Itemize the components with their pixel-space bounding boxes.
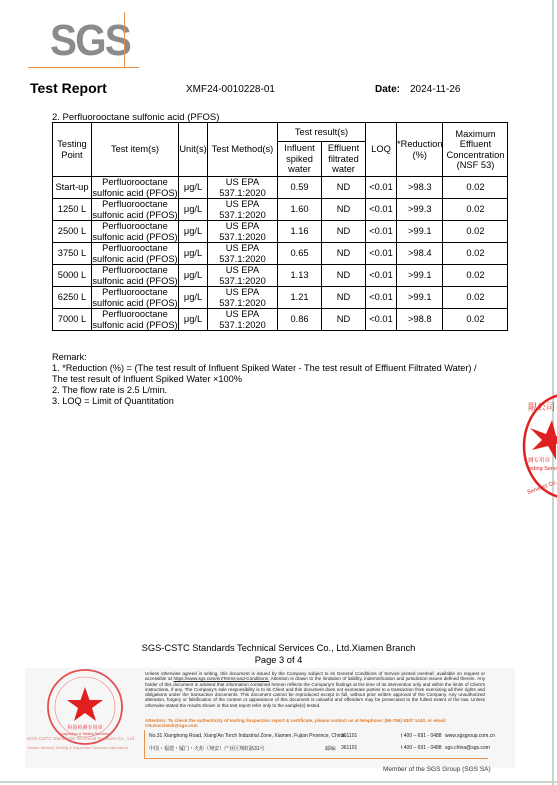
page-number: Page 3 of 4 xyxy=(0,655,557,665)
testing-point-cell: 6250 L xyxy=(53,287,92,309)
test-item-cell: Perfluorooctane sulfonic acid (PFOS) xyxy=(92,287,179,309)
test-item-cell: Perfluorooctane sulfonic acid (PFOS) xyxy=(92,177,179,199)
testing-point-cell: 3750 L xyxy=(53,243,92,265)
remark-line: The test result of Influent Spiked Water… xyxy=(52,374,477,385)
loq-cell: <0.01 xyxy=(366,177,397,199)
svg-text:Inspection & Testing Services: Inspection & Testing Services xyxy=(62,732,109,736)
unit-cell: μg/L xyxy=(179,199,208,221)
date-value: 2024-11-26 xyxy=(410,84,460,95)
max-effluent-cell: 0.02 xyxy=(443,243,508,265)
reduction-cell: >99.1 xyxy=(397,265,443,287)
unit-cell: μg/L xyxy=(179,287,208,309)
table-row: Start-upPerfluorooctane sulfonic acid (P… xyxy=(53,177,508,199)
header-test-methods: Test Method(s) xyxy=(208,123,278,177)
testing-point-cell: 1250 L xyxy=(53,199,92,221)
postcode-cn-label: 邮编: xyxy=(325,745,336,752)
table-row: 3750 LPerfluorooctane sulfonic acid (PFO… xyxy=(53,243,508,265)
test-method-cell: US EPA 537.1:2020 xyxy=(208,243,278,265)
test-method-cell: US EPA 537.1:2020 xyxy=(208,265,278,287)
reduction-cell: >98.8 xyxy=(397,309,443,331)
footer-divider xyxy=(144,758,488,759)
reduction-cell: >98.4 xyxy=(397,243,443,265)
remark-line: 3. LOQ = Limit of Quantitation xyxy=(52,396,477,407)
max-effluent-cell: 0.02 xyxy=(443,287,508,309)
effluent-value-cell: ND xyxy=(322,265,366,287)
loq-cell: <0.01 xyxy=(366,221,397,243)
testing-point-cell: 2500 L xyxy=(53,221,92,243)
company-seal-partial-icon: 限公司 测专用章 esting Servi Services Co. xyxy=(522,388,557,508)
postcode-cn: 361101 xyxy=(341,745,357,751)
terms-link[interactable]: https://www.sgs.com/en/Terms-and-Conditi… xyxy=(174,676,270,681)
postcode-en: 361101 xyxy=(341,733,357,739)
test-method-cell: US EPA 537.1:2020 xyxy=(208,287,278,309)
max-effluent-cell: 0.02 xyxy=(443,265,508,287)
influent-value-cell: 0.59 xyxy=(278,177,322,199)
reduction-cell: >98.3 xyxy=(397,177,443,199)
sgs-logo: SGS xyxy=(28,10,140,68)
header-testing-point: Testing Point xyxy=(53,123,92,177)
footer-company: SGS-CSTC Standards Technical Services Co… xyxy=(0,643,557,653)
phone-1: t 400 – 691 - 0488 xyxy=(401,733,442,739)
loq-cell: <0.01 xyxy=(366,243,397,265)
reduction-cell: >99.1 xyxy=(397,221,443,243)
effluent-value-cell: ND xyxy=(322,309,366,331)
testing-point-cell: 7000 L xyxy=(53,309,92,331)
remark-line: 1. *Reduction (%) = (The test result of … xyxy=(52,363,477,374)
test-item-cell: Perfluorooctane sulfonic acid (PFOS) xyxy=(92,265,179,287)
testing-point-cell: Start-up xyxy=(53,177,92,199)
effluent-value-cell: ND xyxy=(322,221,366,243)
reduction-cell: >99.3 xyxy=(397,199,443,221)
svg-text:检验检测专用章: 检验检测专用章 xyxy=(67,724,102,731)
address-en: No.31 Xianghong Road, Xiang'An Torch Ind… xyxy=(149,733,346,739)
influent-value-cell: 0.65 xyxy=(278,243,322,265)
logo-text: SGS xyxy=(50,16,130,66)
test-item-cell: Perfluorooctane sulfonic acid (PFOS) xyxy=(92,309,179,331)
loq-cell: <0.01 xyxy=(366,309,397,331)
stamp-caption: SGS-CSTC Standards Technical Services Co… xyxy=(27,737,135,742)
remark-line: 2. The flow rate is 2.5 L/min. xyxy=(52,385,477,396)
results-table: Testing Point Test item(s) Unit(s) Test … xyxy=(52,122,508,331)
table-row: 7000 LPerfluorooctane sulfonic acid (PFO… xyxy=(53,309,508,331)
svg-text:esting Servi: esting Servi xyxy=(528,466,557,472)
table-row: 1250 LPerfluorooctane sulfonic acid (PFO… xyxy=(53,199,508,221)
effluent-value-cell: ND xyxy=(322,287,366,309)
unit-cell: μg/L xyxy=(179,243,208,265)
test-item-cell: Perfluorooctane sulfonic acid (PFOS) xyxy=(92,199,179,221)
address-cn: 中国・福建・厦门・火炬（翔安）产业区翔虹路31号 xyxy=(149,745,265,752)
table-row: 6250 LPerfluorooctane sulfonic acid (PFO… xyxy=(53,287,508,309)
influent-value-cell: 1.21 xyxy=(278,287,322,309)
header-reduction: *Reduction (%) xyxy=(397,123,443,177)
logo-rule-vertical xyxy=(124,12,125,68)
max-effluent-cell: 0.02 xyxy=(443,309,508,331)
unit-cell: μg/L xyxy=(179,177,208,199)
unit-cell: μg/L xyxy=(179,309,208,331)
phone-2: t 400 – 691 - 0488 xyxy=(401,745,442,751)
effluent-value-cell: ND xyxy=(322,177,366,199)
report-number: XMF24-0010228-01 xyxy=(186,84,275,95)
header-test-results: Test result(s) xyxy=(278,123,366,142)
loq-cell: <0.01 xyxy=(366,265,397,287)
inspection-seal-icon: 检验检测专用章 Inspection & Testing Services xyxy=(45,667,125,747)
svg-text:测专用章: 测专用章 xyxy=(528,456,551,464)
header-max-effluent: Maximum Effluent Concentration (NSF 53) xyxy=(443,123,508,177)
test-method-cell: US EPA 537.1:2020 xyxy=(208,177,278,199)
remarks: Remark: 1. *Reduction (%) = (The test re… xyxy=(52,352,477,407)
influent-value-cell: 1.13 xyxy=(278,265,322,287)
logo-rule-horizontal xyxy=(28,67,139,68)
influent-value-cell: 1.16 xyxy=(278,221,322,243)
stamp-caption: Xiamen Branch Testing & Inspection Servi… xyxy=(27,745,128,750)
disclaimer-text: Attention is drawn to the limitation of … xyxy=(145,676,485,707)
loq-cell: <0.01 xyxy=(366,199,397,221)
effluent-value-cell: ND xyxy=(322,243,366,265)
header-loq: LOQ xyxy=(366,123,397,177)
testing-point-cell: 5000 L xyxy=(53,265,92,287)
max-effluent-cell: 0.02 xyxy=(443,221,508,243)
legal-disclaimer: Unless otherwise agreed in writing, this… xyxy=(145,671,485,708)
effluent-value-cell: ND xyxy=(322,199,366,221)
influent-value-cell: 1.60 xyxy=(278,199,322,221)
reduction-cell: >99.1 xyxy=(397,287,443,309)
unit-cell: μg/L xyxy=(179,265,208,287)
header-effluent: Effluent filtrated water xyxy=(322,142,366,177)
header-influent: Influent spiked water xyxy=(278,142,322,177)
test-item-cell: Perfluorooctane sulfonic acid (PFOS) xyxy=(92,243,179,265)
table-row: 5000 LPerfluorooctane sulfonic acid (PFO… xyxy=(53,265,508,287)
website-link[interactable]: www.sgsgroup.com.cn xyxy=(445,733,495,739)
unit-cell: μg/L xyxy=(179,221,208,243)
svg-text:限公司: 限公司 xyxy=(528,402,555,413)
svg-text:Services Co.: Services Co. xyxy=(527,479,557,495)
test-method-cell: US EPA 537.1:2020 xyxy=(208,199,278,221)
remarks-title: Remark: xyxy=(52,352,477,363)
header-test-items: Test item(s) xyxy=(92,123,179,177)
max-effluent-cell: 0.02 xyxy=(443,199,508,221)
test-method-cell: US EPA 537.1:2020 xyxy=(208,221,278,243)
influent-value-cell: 0.86 xyxy=(278,309,322,331)
loq-cell: <0.01 xyxy=(366,287,397,309)
member-statement: Member of the SGS Group (SGS SA) xyxy=(383,766,491,773)
test-method-cell: US EPA 537.1:2020 xyxy=(208,309,278,331)
report-title: Test Report xyxy=(30,80,107,96)
test-item-cell: Perfluorooctane sulfonic acid (PFOS) xyxy=(92,221,179,243)
email-link[interactable]: sgs.china@sgs.com xyxy=(445,745,490,751)
max-effluent-cell: 0.02 xyxy=(443,177,508,199)
date-label: Date: xyxy=(375,84,400,95)
table-row: 2500 LPerfluorooctane sulfonic acid (PFO… xyxy=(53,221,508,243)
address-block: No.31 Xianghong Road, Xiang'An Torch Ind… xyxy=(144,730,489,758)
page-edge-bottom xyxy=(0,781,557,783)
header-units: Unit(s) xyxy=(179,123,208,177)
authenticity-notice: Attention: To check the authenticity of … xyxy=(145,718,485,729)
